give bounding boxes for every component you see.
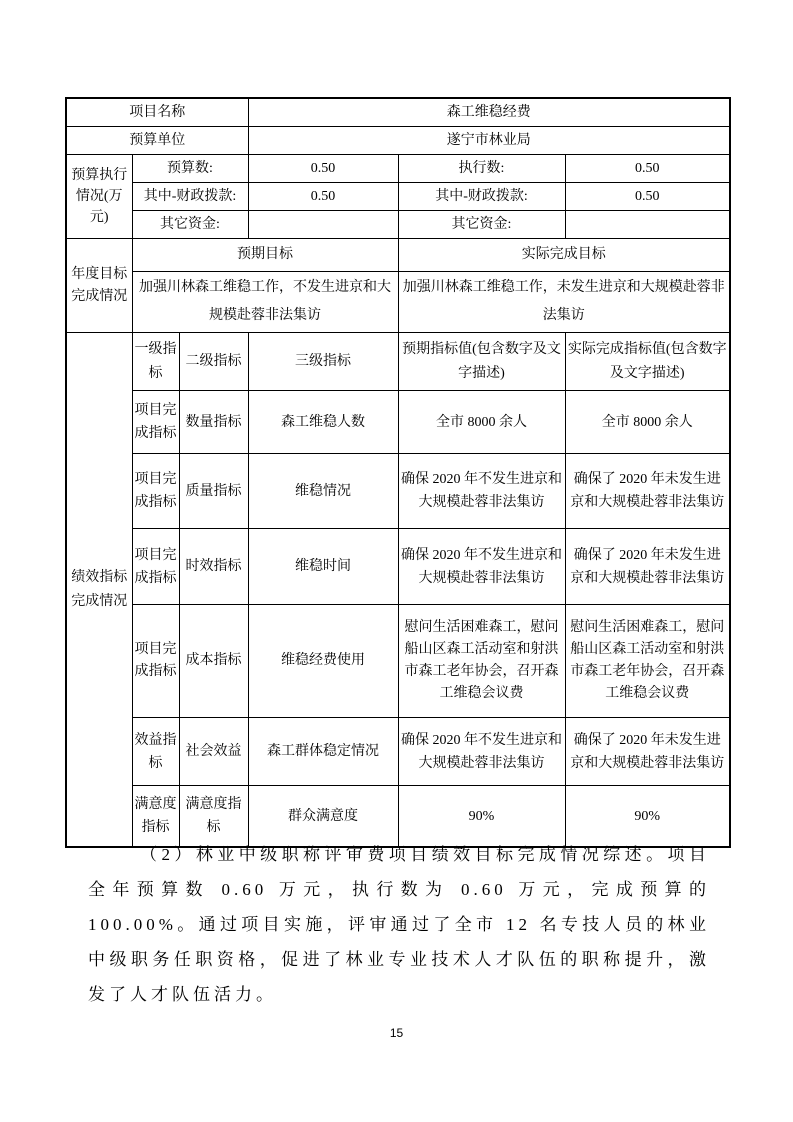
table-row: 加强川林森工维稳工作，不发生进京和大规模赴蓉非法集访 加强川林森工维稳工作，未发…: [66, 272, 730, 333]
indicator-cell: 维稳经费使用: [248, 605, 398, 718]
indicator-header-cell: 一级指标: [132, 333, 179, 391]
indicator-cell: 质量指标: [179, 454, 248, 529]
indicator-cell: 确保了 2020 年未发生进京和大规模赴蓉非法集访: [565, 718, 730, 786]
budget-exec-label-cell: 预算执行情况(万元): [66, 155, 132, 239]
indicator-cell: 慰问生活困难森工，慰问船山区森工活动室和射洪市森工老年协会，召开森工维稳会议费: [398, 605, 565, 718]
budget-row-label: 其它资金:: [398, 211, 565, 239]
indicator-cell: 慰问生活困难森工，慰问船山区森工活动室和射洪市森工老年协会，召开森工维稳会议费: [565, 605, 730, 718]
table-row: 其它资金: 其它资金:: [66, 211, 730, 239]
project-name-label-cell: 项目名称: [66, 98, 248, 127]
budget-row-value: 0.50: [248, 183, 398, 211]
table-row: 预算执行情况(万元) 预算数: 0.50 执行数: 0.50: [66, 155, 730, 183]
expected-goal-header-cell: 预期目标: [132, 239, 398, 272]
budget-row-label: 其中-财政拨款:: [132, 183, 248, 211]
indicator-header-cell: 二级指标: [179, 333, 248, 391]
indicator-header-cell: 实际完成指标值(包含数字及文字描述): [565, 333, 730, 391]
indicator-cell: 项目完成指标: [132, 454, 179, 529]
indicator-cell: 森工群体稳定情况: [248, 718, 398, 786]
budget-row-value: [565, 211, 730, 239]
table-row: 项目完成指标 时效指标 维稳时间 确保 2020 年不发生进京和大规模赴蓉非法集…: [66, 529, 730, 605]
project-name-value-cell: 森工维稳经费: [248, 98, 730, 127]
budget-row-label: 执行数:: [398, 155, 565, 183]
actual-goal-text-cell: 加强川林森工维稳工作，未发生进京和大规模赴蓉非法集访: [398, 272, 730, 333]
indicator-cell: 确保 2020 年不发生进京和大规模赴蓉非法集访: [398, 718, 565, 786]
budget-row-label: 其它资金:: [132, 211, 248, 239]
budget-row-value: [248, 211, 398, 239]
page-number: 15: [0, 1026, 793, 1040]
expected-goal-text-cell: 加强川林森工维稳工作，不发生进京和大规模赴蓉非法集访: [132, 272, 398, 333]
indicator-cell: 数量指标: [179, 391, 248, 454]
indicator-cell: 项目完成指标: [132, 391, 179, 454]
indicator-header-cell: 预期指标值(包含数字及文字描述): [398, 333, 565, 391]
indicator-header-cell: 三级指标: [248, 333, 398, 391]
indicator-cell: 项目完成指标: [132, 529, 179, 605]
actual-goal-header-cell: 实际完成目标: [398, 239, 730, 272]
budget-unit-label-cell: 预算单位: [66, 127, 248, 155]
indicator-cell: 全市 8000 余人: [565, 391, 730, 454]
indicator-cell: 项目完成指标: [132, 605, 179, 718]
indicator-cell: 确保了 2020 年未发生进京和大规模赴蓉非法集访: [565, 454, 730, 529]
budget-row-value: 0.50: [565, 155, 730, 183]
table-row: 绩效指标完成情况 一级指标 二级指标 三级指标 预期指标值(包含数字及文字描述)…: [66, 333, 730, 391]
budget-row-label: 预算数:: [132, 155, 248, 183]
budget-row-label: 其中-财政拨款:: [398, 183, 565, 211]
annual-goal-label-cell: 年度目标完成情况: [66, 239, 132, 333]
budget-row-value: 0.50: [565, 183, 730, 211]
indicator-cell: 维稳时间: [248, 529, 398, 605]
indicator-cell: 维稳情况: [248, 454, 398, 529]
table-row: 预算单位 遂宁市林业局: [66, 127, 730, 155]
table-row: 项目完成指标 质量指标 维稳情况 确保 2020 年不发生进京和大规模赴蓉非法集…: [66, 454, 730, 529]
budget-row-value: 0.50: [248, 155, 398, 183]
indicator-cell: 确保 2020 年不发生进京和大规模赴蓉非法集访: [398, 529, 565, 605]
project-performance-table: 项目名称 森工维稳经费 预算单位 遂宁市林业局 预算执行情况(万元) 预算数: …: [65, 97, 731, 848]
indicator-cell: 全市 8000 余人: [398, 391, 565, 454]
indicator-cell: 成本指标: [179, 605, 248, 718]
indicator-cell: 森工维稳人数: [248, 391, 398, 454]
indicator-cell: 社会效益: [179, 718, 248, 786]
table-row: 效益指标 社会效益 森工群体稳定情况 确保 2020 年不发生进京和大规模赴蓉非…: [66, 718, 730, 786]
table-row: 项目名称 森工维稳经费: [66, 98, 730, 127]
indicator-cell: 确保了 2020 年未发生进京和大规模赴蓉非法集访: [565, 529, 730, 605]
indicator-cell: 效益指标: [132, 718, 179, 786]
table-row: 项目完成指标 数量指标 森工维稳人数 全市 8000 余人 全市 8000 余人: [66, 391, 730, 454]
indicators-label-cell: 绩效指标完成情况: [66, 333, 132, 848]
indicator-cell: 确保 2020 年不发生进京和大规模赴蓉非法集访: [398, 454, 565, 529]
table-row: 其中-财政拨款: 0.50 其中-财政拨款: 0.50: [66, 183, 730, 211]
document-page: 项目名称 森工维稳经费 预算单位 遂宁市林业局 预算执行情况(万元) 预算数: …: [0, 0, 793, 1122]
indicator-cell: 时效指标: [179, 529, 248, 605]
budget-unit-value-cell: 遂宁市林业局: [248, 127, 730, 155]
table-row: 年度目标完成情况 预期目标 实际完成目标: [66, 239, 730, 272]
table-row: 项目完成指标 成本指标 维稳经费使用 慰问生活困难森工，慰问船山区森工活动室和射…: [66, 605, 730, 718]
summary-paragraph: （2）林业中级职称评审费项目绩效目标完成情况综述。项目全年预算数 0.60 万元…: [88, 837, 710, 1012]
